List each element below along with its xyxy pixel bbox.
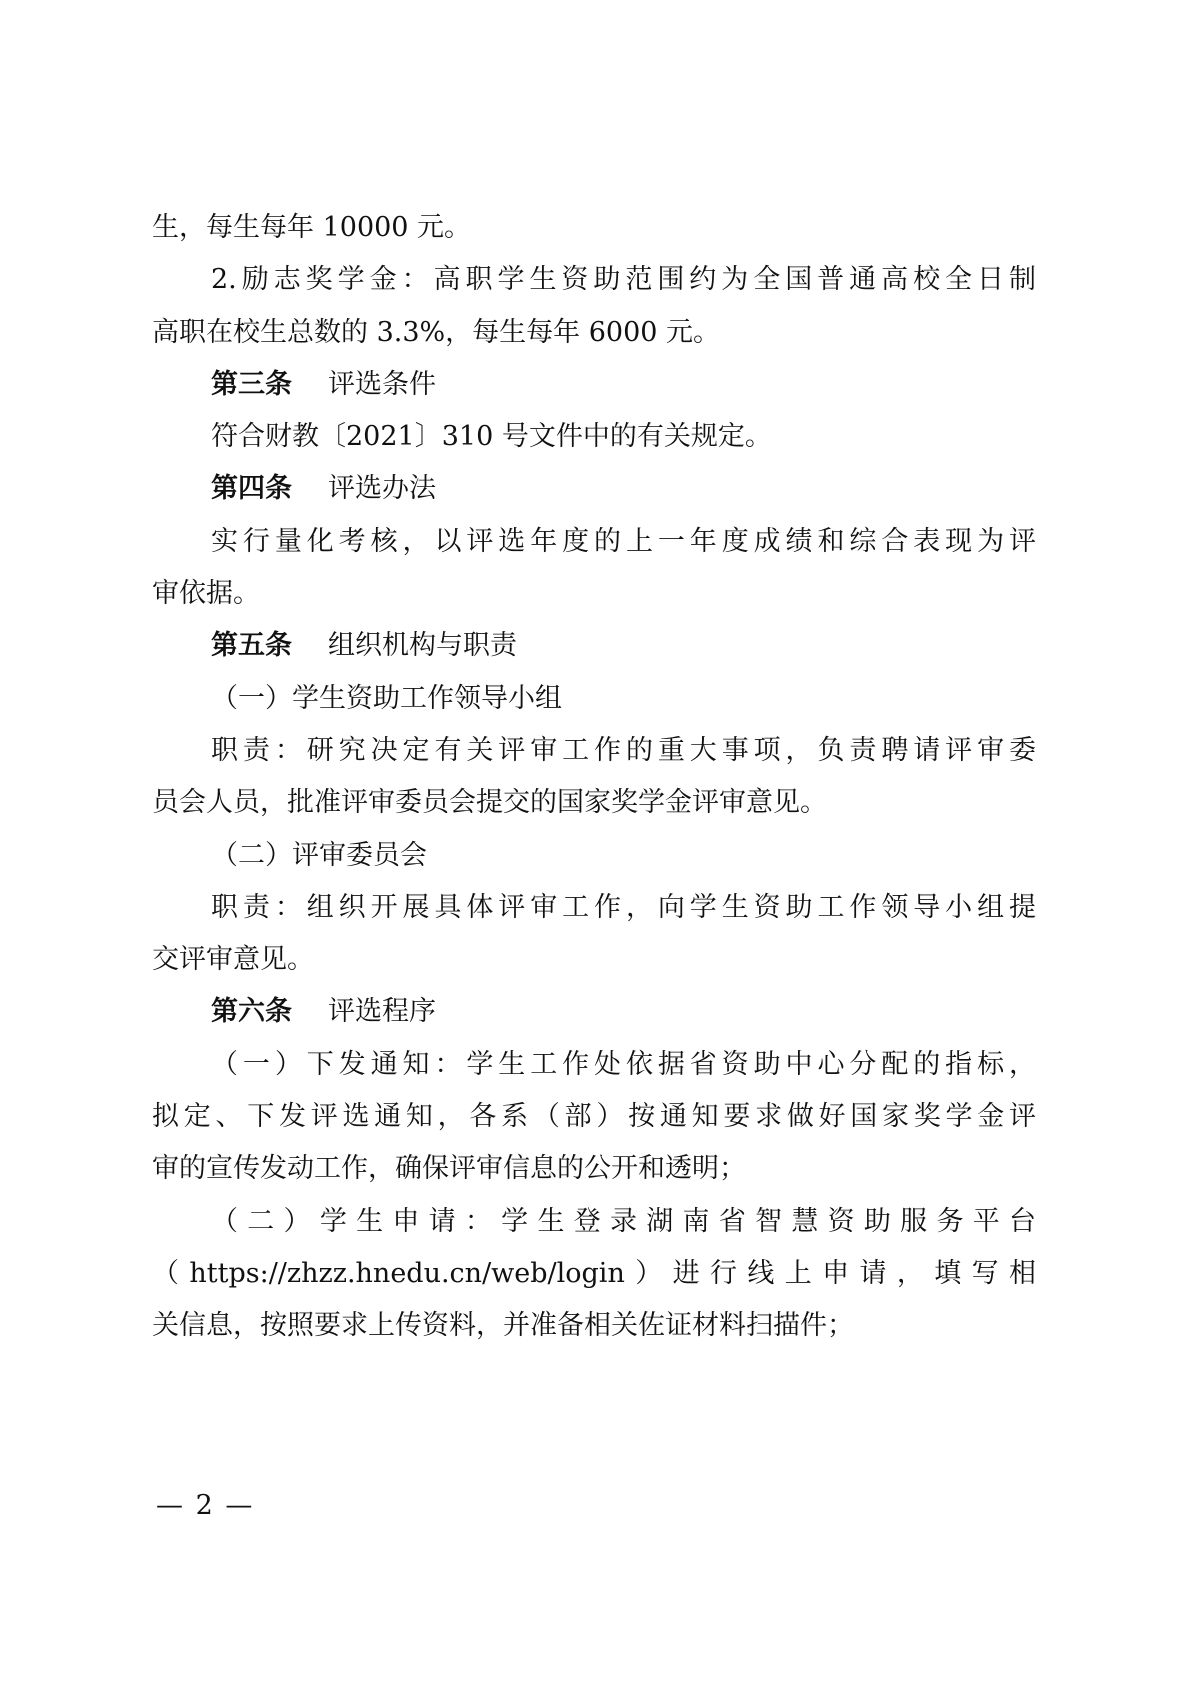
duty-line: 职责：组织开展具体评审工作，向学生资助工作领导小组提 [152,882,1036,934]
article-4-heading: 第四条评选办法 [152,463,1036,515]
article-label: 第四条 [211,473,292,504]
article-5-subsection-1: （一）学生资助工作领导小组 [152,673,1036,725]
article-label: 第六条 [211,996,292,1027]
paragraph-line: 生，每生每年 10000 元。 [152,202,1036,254]
article-label: 第三条 [211,369,292,400]
article-3-body: 符合财教〔2021〕310 号文件中的有关规定。 [152,411,1036,463]
duty-line: 职责：研究决定有关评审工作的重大事项，负责聘请评审委 [152,725,1036,777]
article-3-heading: 第三条评选条件 [152,359,1036,411]
document-body: 生，每生每年 10000 元。 2.励志奖学金：高职学生资助范围约为全国普通高校… [152,202,1036,1353]
article-title: 组织机构与职责 [328,630,517,661]
procedure-step-line: 审的宣传发动工作，确保评审信息的公开和透明； [152,1143,1036,1195]
procedure-step-line: （https://zhzz.hnedu.cn/web/login）进行线上申请，… [152,1248,1036,1300]
article-5-heading: 第五条组织机构与职责 [152,620,1036,672]
page-number: — 2 — [156,1490,254,1521]
duty-line: 交评审意见。 [152,934,1036,986]
duty-line: 员会人员，批准评审委员会提交的国家奖学金评审意见。 [152,777,1036,829]
article-4-body-line: 审依据。 [152,568,1036,620]
document-page: 生，每生每年 10000 元。 2.励志奖学金：高职学生资助范围约为全国普通高校… [0,0,1191,1684]
procedure-step-line: 关信息，按照要求上传资料，并准备相关佐证材料扫描件； [152,1300,1036,1352]
paragraph-line: 高职在校生总数的 3.3%，每生每年 6000 元。 [152,307,1036,359]
article-title: 评选办法 [328,473,436,504]
procedure-step-line: 拟定、下发评选通知，各系（部）按通知要求做好国家奖学金评 [152,1091,1036,1143]
article-title: 评选程序 [328,996,436,1027]
article-4-body-line: 实行量化考核，以评选年度的上一年度成绩和综合表现为评 [152,516,1036,568]
article-title: 评选条件 [328,369,436,400]
procedure-step-line: （一）下发通知：学生工作处依据省资助中心分配的指标， [152,1039,1036,1091]
article-6-heading: 第六条评选程序 [152,986,1036,1038]
article-label: 第五条 [211,630,292,661]
article-5-subsection-2: （二）评审委员会 [152,830,1036,882]
procedure-step-line: （二）学生申请：学生登录湖南省智慧资助服务平台 [152,1196,1036,1248]
paragraph-line: 2.励志奖学金：高职学生资助范围约为全国普通高校全日制 [152,254,1036,306]
